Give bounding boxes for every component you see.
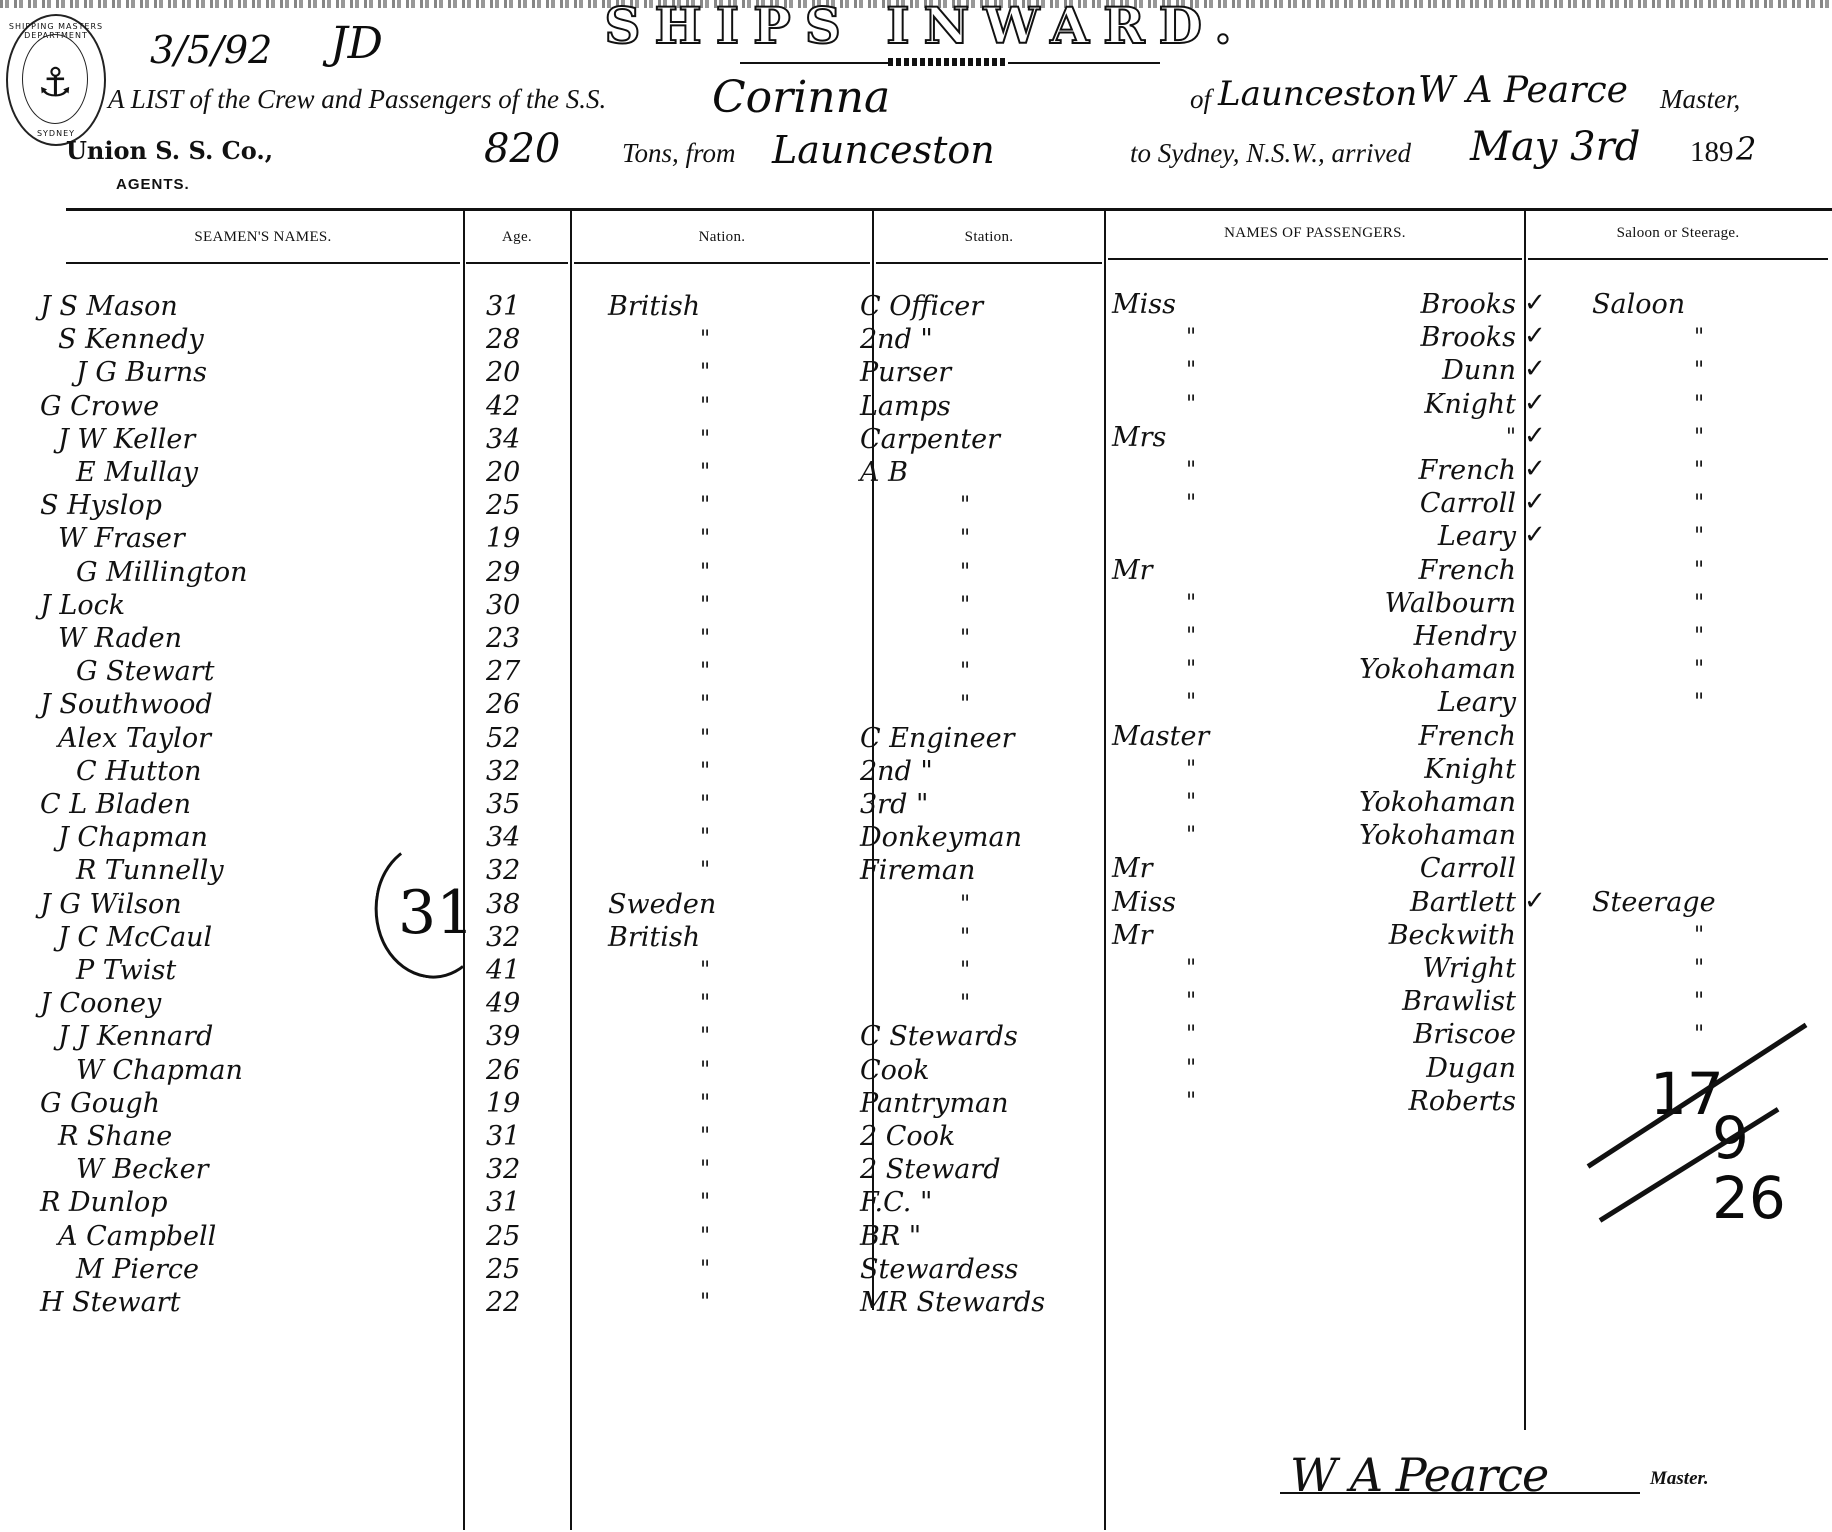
passenger-class: " (1694, 356, 1704, 386)
crew-nation: " (700, 491, 710, 521)
crew-station: 2 Steward (860, 1155, 1000, 1185)
table-top-rule (66, 208, 1832, 211)
passenger-class: Steerage (1592, 888, 1716, 918)
crew-station: " (960, 558, 970, 588)
passenger-class: " (1694, 954, 1704, 984)
passenger-name: Knight (1424, 755, 1516, 785)
crew-nation: British (608, 923, 700, 953)
crew-name: G Crowe (40, 392, 159, 422)
passenger-title: " (1186, 788, 1196, 818)
crew-station: Purser (860, 358, 951, 388)
crew-station: " (960, 657, 970, 687)
crew-age: 28 (486, 325, 520, 355)
passenger-title: " (1186, 1054, 1196, 1084)
anchor-icon: ⚓ (23, 63, 87, 103)
crew-name: W Fraser (58, 524, 185, 554)
crew-station: MR Stewards (860, 1288, 1045, 1318)
crew-station: " (960, 956, 970, 986)
crew-station: " (960, 989, 970, 1019)
crew-name: R Dunlop (40, 1188, 168, 1218)
passenger-name: Carroll (1420, 854, 1516, 884)
passenger-class: " (1694, 1020, 1704, 1050)
checkmark-icon: ✓ (1524, 487, 1546, 517)
circled-count: 31 (398, 878, 474, 948)
passenger-name: Brawlist (1402, 987, 1516, 1017)
crew-age: 30 (486, 591, 520, 621)
passenger-class: " (1694, 522, 1704, 552)
crew-nation: " (700, 757, 710, 787)
crew-nation: " (700, 624, 710, 654)
crew-name: C L Bladen (40, 790, 191, 820)
passenger-title: Mr (1112, 556, 1153, 586)
passenger-name: Brooks (1421, 290, 1516, 320)
crew-age: 22 (486, 1288, 520, 1318)
crew-station: Stewardess (860, 1255, 1018, 1285)
crew-age: 32 (486, 1155, 520, 1185)
header-underline-nation (574, 262, 870, 264)
crew-station: BR " (860, 1222, 921, 1252)
passenger-name: French (1418, 556, 1516, 586)
crew-name: J Cooney (40, 989, 161, 1019)
crew-age: 31 (486, 1188, 520, 1218)
crew-age: 41 (486, 956, 520, 986)
checkmark-icon: ✓ (1524, 886, 1546, 916)
crew-station: Lamps (860, 392, 951, 422)
crew-age: 31 (486, 1122, 520, 1152)
passenger-class: " (1694, 987, 1704, 1017)
passenger-title: " (1186, 688, 1196, 718)
divider-age-nation (570, 210, 572, 1530)
crew-name: J C McCaul (58, 923, 212, 953)
crew-name: G Stewart (76, 657, 214, 687)
crew-age: 35 (486, 790, 520, 820)
header-underline-seamen (66, 262, 460, 264)
passenger-title: " (1186, 755, 1196, 785)
passenger-name: Bartlett (1410, 888, 1516, 918)
crew-age: 26 (486, 1056, 520, 1086)
crew-station: " (960, 491, 970, 521)
passenger-class: " (1694, 655, 1704, 685)
crew-nation: " (700, 325, 710, 355)
crew-name: H Stewart (40, 1288, 180, 1318)
crew-station: A B (860, 458, 908, 488)
checkmark-icon: ✓ (1524, 454, 1546, 484)
crew-nation: " (700, 823, 710, 853)
crew-nation: " (700, 1188, 710, 1218)
crew-age: 19 (486, 524, 520, 554)
crew-station: C Stewards (860, 1022, 1018, 1052)
passenger-name: Wright (1422, 954, 1516, 984)
crew-nation: Sweden (608, 890, 716, 920)
crew-age: 32 (486, 757, 520, 787)
header-underline-class (1528, 258, 1828, 260)
crew-age: 25 (486, 1222, 520, 1252)
crew-age: 19 (486, 1089, 520, 1119)
crew-station: Pantryman (860, 1089, 1009, 1119)
crew-age: 31 (486, 292, 520, 322)
passenger-title: Mr (1112, 854, 1153, 884)
signature-master-label: Master. (1650, 1468, 1709, 1490)
column-header-seamen: SEAMEN'S NAMES. (66, 222, 460, 252)
crew-name: J G Burns (76, 358, 207, 388)
crew-nation: " (700, 1022, 710, 1052)
crew-name: P Twist (76, 956, 176, 986)
crew-nation: " (700, 856, 710, 886)
passenger-class: Saloon (1592, 290, 1685, 320)
crew-age: 23 (486, 624, 520, 654)
crew-nation: " (700, 425, 710, 455)
crew-age: 49 (486, 989, 520, 1019)
crew-station: 2nd " (860, 325, 933, 355)
crew-name: J Lock (40, 591, 125, 621)
crew-name: J W Keller (58, 425, 195, 455)
crew-name: W Becker (76, 1155, 209, 1185)
passenger-title: " (1186, 622, 1196, 652)
crew-name: J Southwood (40, 690, 213, 720)
passenger-class: " (1694, 323, 1704, 353)
crew-name: R Shane (58, 1122, 172, 1152)
arrival-label: to Sydney, N.S.W., arrived (1130, 138, 1411, 169)
passenger-name: Roberts (1409, 1087, 1516, 1117)
passenger-title: " (1186, 987, 1196, 1017)
passenger-title: " (1186, 356, 1196, 386)
ship-name: Corinna (712, 72, 890, 123)
crew-nation: " (700, 1288, 710, 1318)
header-underline-station (876, 262, 1102, 264)
crew-nation: " (700, 790, 710, 820)
crew-name: R Tunnelly (76, 856, 224, 886)
crew-nation: " (700, 1155, 710, 1185)
crew-station: Cook (860, 1056, 930, 1086)
passenger-class: " (1694, 489, 1704, 519)
crew-age: 39 (486, 1022, 520, 1052)
crew-nation: " (700, 1122, 710, 1152)
arrival-year-hand: 2 (1736, 130, 1756, 168)
passenger-name: Hendry (1414, 622, 1516, 652)
crew-name: S Kennedy (58, 325, 204, 355)
passenger-name: French (1418, 722, 1516, 752)
crew-name: S Hyslop (40, 491, 162, 521)
passenger-title: " (1186, 1087, 1196, 1117)
crew-name: G Gough (40, 1089, 160, 1119)
crew-station: " (960, 624, 970, 654)
passenger-title: " (1186, 456, 1196, 486)
port-of-registry: Launceston (1218, 74, 1417, 114)
passenger-class: " (1694, 589, 1704, 619)
passenger-class: " (1694, 556, 1704, 586)
passenger-title: " (1186, 489, 1196, 519)
departure-port: Launceston (772, 128, 995, 172)
crew-name: J S Mason (40, 292, 178, 322)
arrival-day: May 3rd (1470, 124, 1640, 170)
crew-age: 29 (486, 558, 520, 588)
crew-nation: " (700, 591, 710, 621)
checkmark-icon: ✓ (1524, 421, 1546, 451)
passenger-class: " (1694, 688, 1704, 718)
passenger-name: Walbourn (1385, 589, 1516, 619)
list-heading-label: A LIST of the Crew and Passengers of the… (108, 84, 606, 115)
divider-station-passengers (1104, 210, 1106, 1530)
passenger-name: Leary (1438, 522, 1516, 552)
crew-station: " (960, 890, 970, 920)
shipping-master-seal: SHIPPING MASTERS DEPARTMENT ⚓ SYDNEY (6, 14, 106, 146)
crew-name: M Pierce (76, 1255, 199, 1285)
crew-nation: " (700, 392, 710, 422)
passenger-title: " (1186, 390, 1196, 420)
passenger-name: Briscoe (1413, 1020, 1516, 1050)
annotation-initials: JD (330, 18, 383, 69)
checkmark-icon: ✓ (1524, 388, 1546, 418)
column-header-age: Age. (466, 222, 568, 252)
tons-from-label: Tons, from (622, 138, 736, 169)
crew-nation: " (700, 1255, 710, 1285)
crew-nation: " (700, 358, 710, 388)
crew-nation: " (700, 657, 710, 687)
passenger-title: " (1186, 821, 1196, 851)
passenger-name: Yokohaman (1359, 788, 1516, 818)
crew-nation: " (700, 558, 710, 588)
title-dots (888, 58, 1008, 66)
crew-station: " (960, 923, 970, 953)
document-title: SHIPS INWARD. (570, 0, 1280, 55)
column-header-class: Saloon or Steerage. (1528, 218, 1828, 248)
passenger-name: " (1506, 423, 1516, 453)
of-label: of (1190, 84, 1211, 115)
crew-age: 42 (486, 392, 520, 422)
annotation-date: 3/5/92 (150, 28, 272, 72)
passenger-name: Yokohaman (1359, 821, 1516, 851)
signature-line (1280, 1492, 1640, 1494)
crew-nation: " (700, 524, 710, 554)
checkmark-icon: ✓ (1524, 520, 1546, 550)
tonnage: 820 (484, 126, 560, 172)
passenger-title: " (1186, 954, 1196, 984)
crew-name: Alex Taylor (58, 724, 211, 754)
crew-nation: " (700, 724, 710, 754)
crew-nation: " (700, 989, 710, 1019)
crew-station: C Officer (860, 292, 983, 322)
passenger-name: Leary (1438, 688, 1516, 718)
master-name: W A Pearce (1418, 70, 1628, 111)
crew-nation: " (700, 458, 710, 488)
column-header-passengers: NAMES OF PASSENGERS. (1108, 218, 1522, 248)
crew-name: J J Kennard (58, 1022, 213, 1052)
header-underline-age (466, 262, 568, 264)
crew-station: 2nd " (860, 757, 933, 787)
crew-age: 25 (486, 1255, 520, 1285)
header-underline-passengers (1108, 258, 1522, 260)
passenger-title: " (1186, 1020, 1196, 1050)
crew-station: " (960, 591, 970, 621)
crew-name: A Campbell (58, 1222, 216, 1252)
crew-age: 20 (486, 458, 520, 488)
crew-age: 26 (486, 690, 520, 720)
crew-station: Donkeyman (860, 823, 1022, 853)
column-header-nation: Nation. (574, 222, 870, 252)
column-header-station: Station. (876, 222, 1102, 252)
passenger-title: Mr (1112, 921, 1153, 951)
passenger-title: " (1186, 655, 1196, 685)
passenger-name: French (1418, 456, 1516, 486)
passenger-name: Dugan (1426, 1054, 1516, 1084)
tally-bottom: 26 (1712, 1164, 1786, 1232)
crew-station: C Engineer (860, 724, 1015, 754)
master-signature: W A Pearce (1290, 1448, 1548, 1502)
crew-age: 32 (486, 923, 520, 953)
arrival-year-printed: 189 (1690, 136, 1734, 169)
crew-name: G Millington (76, 558, 248, 588)
crew-name: J G Wilson (40, 890, 182, 920)
crew-station: " (960, 690, 970, 720)
agent-name: Union S. S. Co., (66, 136, 273, 165)
checkmark-icon: ✓ (1524, 354, 1546, 384)
crew-age: 34 (486, 425, 520, 455)
master-label: Master, (1660, 84, 1740, 115)
passenger-title: Mrs (1112, 423, 1166, 453)
passenger-class: " (1694, 456, 1704, 486)
passenger-class: " (1694, 390, 1704, 420)
passenger-title: Miss (1112, 290, 1176, 320)
passenger-class: " (1694, 921, 1704, 951)
crew-name: W Raden (58, 624, 182, 654)
crew-name: J Chapman (58, 823, 208, 853)
passenger-name: Knight (1424, 390, 1516, 420)
passenger-title: " (1186, 589, 1196, 619)
passenger-name: Carroll (1420, 489, 1516, 519)
crew-nation: " (700, 1222, 710, 1252)
checkmark-icon: ✓ (1524, 321, 1546, 351)
crew-nation: " (700, 1089, 710, 1119)
crew-nation: " (700, 956, 710, 986)
manifest-sheet: SHIPPING MASTERS DEPARTMENT ⚓ SYDNEY 3/5… (0, 0, 1832, 1532)
crew-station: F.C. " (860, 1188, 932, 1218)
crew-age: 20 (486, 358, 520, 388)
checkmark-icon: ✓ (1524, 288, 1546, 318)
passenger-title: Master (1112, 722, 1209, 752)
crew-name: W Chapman (76, 1056, 243, 1086)
passenger-title: Miss (1112, 888, 1176, 918)
crew-station: " (960, 524, 970, 554)
crew-nation: British (608, 292, 700, 322)
crew-age: 25 (486, 491, 520, 521)
crew-age: 34 (486, 823, 520, 853)
crew-nation: " (700, 1056, 710, 1086)
crew-nation: " (700, 690, 710, 720)
crew-name: C Hutton (76, 757, 202, 787)
passenger-class: " (1694, 423, 1704, 453)
crew-station: 2 Cook (860, 1122, 955, 1152)
passenger-name: Dunn (1442, 356, 1516, 386)
crew-station: Carpenter (860, 425, 1000, 455)
crew-age: 52 (486, 724, 520, 754)
crew-name: E Mullay (76, 458, 198, 488)
passenger-name: Beckwith (1389, 921, 1516, 951)
crew-station: 3rd " (860, 790, 928, 820)
crew-age: 27 (486, 657, 520, 687)
agents-label: AGENTS. (116, 176, 190, 193)
passenger-name: Brooks (1421, 323, 1516, 353)
passenger-name: Yokohaman (1359, 655, 1516, 685)
crew-station: Fireman (860, 856, 975, 886)
passenger-class: " (1694, 622, 1704, 652)
passenger-title: " (1186, 323, 1196, 353)
